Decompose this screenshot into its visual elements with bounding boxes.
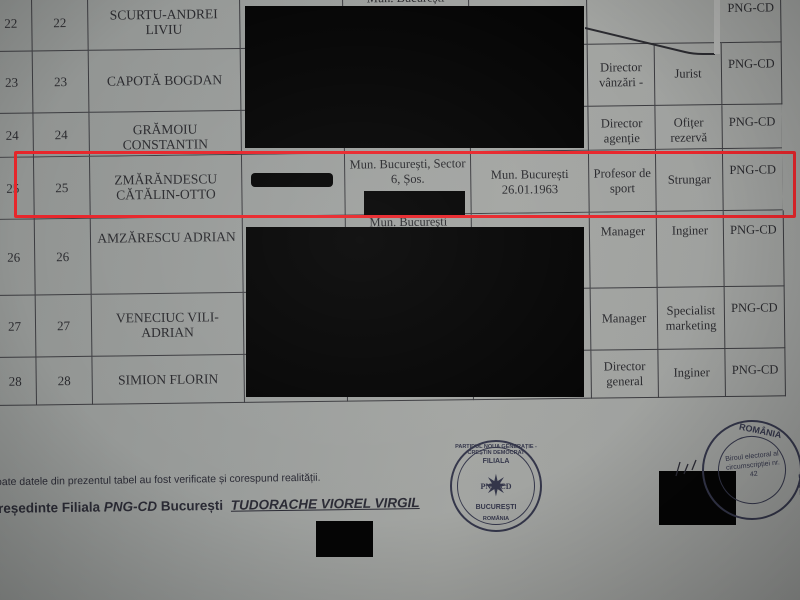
occupation-cell <box>587 0 655 45</box>
stamp-footer-text: ROMÂNIA <box>452 516 540 522</box>
row-number: 28 <box>36 357 93 406</box>
party-cell: PNG-CD <box>722 104 782 149</box>
row-index: 28 <box>0 357 37 406</box>
stamp-bottom-text: BUCUREȘTI <box>452 504 540 511</box>
candidate-name: SIMION FLORIN <box>92 355 245 405</box>
sign-city: București <box>161 498 223 514</box>
profession-cell <box>654 0 722 44</box>
row-number: 26 <box>35 219 92 296</box>
party-stamp: PARTIDUL NOUA GENERAȚIE - CREȘTIN DEMOCR… <box>450 440 542 532</box>
profession-cell: Jurist <box>655 43 723 106</box>
stamp-ring-text: PARTIDUL NOUA GENERAȚIE - CREȘTIN DEMOCR… <box>452 444 540 456</box>
party-cell: PNG-CD <box>724 210 785 287</box>
occupation-cell: Manager <box>591 288 659 351</box>
redaction-block <box>316 521 373 557</box>
row-number: 27 <box>36 295 93 358</box>
stamp-top-text: FILIALA <box>452 458 540 465</box>
candidate-name: AMZĂRESCU ADRIAN <box>91 217 244 295</box>
sign-party: PNG-CD <box>104 499 157 515</box>
row-index: 23 <box>0 51 33 114</box>
party-cell: PNG-CD <box>725 286 786 349</box>
stamp-logo: PNG-CD <box>478 482 514 491</box>
candidate-name: GRĂMOIU CONSTANTIN <box>89 111 242 157</box>
row-number: 22 <box>32 0 89 51</box>
row-index: 22 <box>0 0 33 52</box>
redaction-block <box>245 6 584 148</box>
profession-cell: Inginer <box>658 349 726 398</box>
row-number: 23 <box>33 51 90 114</box>
party-cell: PNG-CD <box>725 348 786 397</box>
candidate-name: VENECIUC VILI-ADRIAN <box>92 293 245 357</box>
signature-scribble <box>670 458 700 478</box>
redaction-block <box>246 227 584 397</box>
occupation-cell: Director general <box>591 350 659 399</box>
profession-cell: Ofițer rezervă <box>655 105 723 150</box>
signer-name: TUDORACHE VIOREL VIRGIL <box>231 495 420 513</box>
verification-note: oate datele din prezentul tabel au fost … <box>0 472 321 489</box>
sign-prefix: reședinte Filiala <box>0 500 100 516</box>
stamp-ring-side: MUNICIPIUL BUC... <box>796 460 800 509</box>
occupation-cell: Manager <box>590 212 658 289</box>
row-index: 26 <box>0 219 36 296</box>
occupation-cell: Director agenție <box>588 106 656 151</box>
occupation-cell: Director vânzări - <box>588 44 656 107</box>
candidate-name: CAPOTĂ BOGDAN <box>89 49 242 113</box>
row-index: 27 <box>0 295 36 358</box>
party-cell: PNG-CD <box>721 0 782 43</box>
highlight-frame <box>14 151 796 218</box>
paper-fold-flap <box>714 0 720 54</box>
party-cell: PNG-CD <box>722 42 783 105</box>
signature-line: reședinte Filiala PNG-CD București TUDOR… <box>0 495 420 516</box>
profession-cell: Inginer <box>657 211 725 288</box>
candidate-name: SCURTU-ANDREI LIVIU <box>88 0 241 51</box>
profession-cell: Specialist marketing <box>658 287 726 350</box>
